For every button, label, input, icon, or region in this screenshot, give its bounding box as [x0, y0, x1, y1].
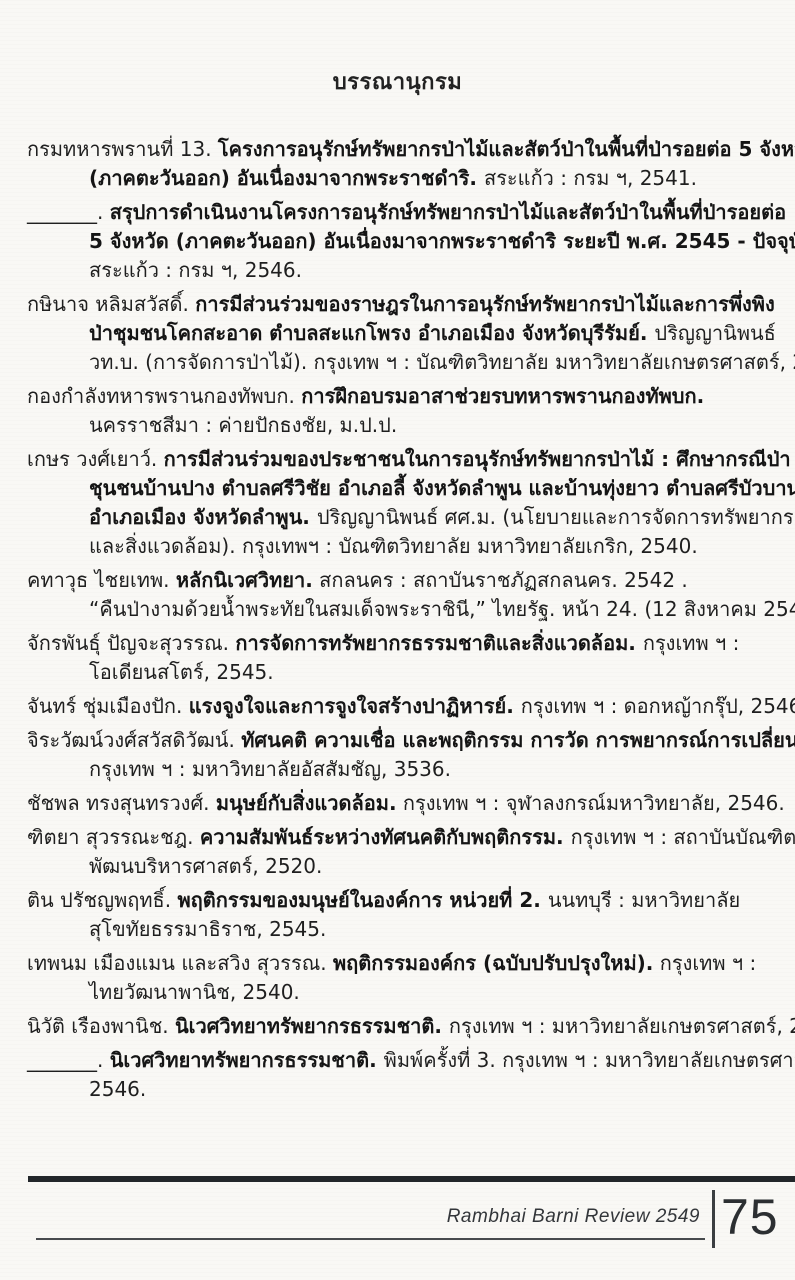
- reference-text: วท.บ. (การจัดการป่าไม้). กรุงเทพ ฯ : บัณ…: [89, 350, 795, 374]
- footer-thick-rule: [28, 1176, 795, 1182]
- bibliography-line: สุโขทัยธรรมาธิราช, 2545.: [27, 915, 767, 944]
- reference-title-text: ชุนชนบ้านปาง ตำบลศรีวิชัย อำเภอลี้ จังหว…: [89, 476, 795, 500]
- bibliography-entry: ติน ปรัชญพฤทธิ์. พฤติกรรมของมนุษย์ในองค์…: [27, 886, 767, 944]
- reference-text: สุโขทัยธรรมาธิราช, 2545.: [89, 917, 326, 941]
- reference-text: _______.: [27, 200, 110, 224]
- bibliography-line: กรุงเทพ ฯ : มหาวิทยาลัยอัสสัมชัญ, 3536.: [27, 755, 767, 784]
- reference-text: ปริญญานิพนธ์ ศศ.ม. (นโยบายและการจัดการทร…: [317, 505, 794, 529]
- reference-text: นครราชสีมา : ค่ายปักธงชัย, ม.ป.ป.: [89, 413, 397, 437]
- reference-title-text: การจัดการทรัพยากรธรรมชาติและสิ่งแวดล้อม.: [235, 631, 642, 655]
- footer-thin-rule: [36, 1238, 705, 1240]
- page-title: บรรณานุกรม: [0, 0, 795, 99]
- page-number: 75: [721, 1188, 779, 1246]
- bibliography-line: (ภาคตะวันออก) อันเนื่องมาจากพระราชดำริ. …: [27, 164, 767, 193]
- bibliography-entry: เทพนม เมืองแมน และสวิง สุวรรณ. พฤติกรรมอ…: [27, 949, 767, 1007]
- reference-text: ชัชพล ทรงสุนทรวงศ์.: [27, 791, 216, 815]
- reference-text: พิมพ์ครั้งที่ 3. กรุงเทพ ฯ : มหาวิทยาลัย…: [384, 1048, 795, 1072]
- reference-title-text: ความสัมพันธ์ระหว่างทัศนคติกับพฤติกรรม.: [200, 825, 571, 849]
- reference-text: กรมทหารพรานที่ 13.: [27, 137, 218, 161]
- reference-text: นนทบุรี : มหาวิทยาลัย: [548, 888, 740, 912]
- bibliography-line: 2546.: [27, 1075, 767, 1104]
- bibliography-line: _______. นิเวศวิทยาทรัพยากรธรรมชาติ. พิม…: [27, 1046, 767, 1075]
- bibliography-line: นิวัติ เรืองพานิช. นิเวศวิทยาทรัพยากรธรร…: [27, 1012, 767, 1041]
- reference-text: กองกำลังทหารพรานกองทัพบก.: [27, 384, 301, 408]
- scanned-document-page: บรรณานุกรม กรมทหารพรานที่ 13. โครงการอนุ…: [0, 0, 795, 1280]
- bibliography-line: กรมทหารพรานที่ 13. โครงการอนุรักษ์ทรัพยา…: [27, 135, 767, 164]
- reference-text: เทพนม เมืองแมน และสวิง สุวรรณ.: [27, 951, 333, 975]
- reference-text: สกลนคร : สถาบันราชภัฏสกลนคร. 2542 .: [313, 568, 688, 592]
- bibliography-line: โอเดียนสโตร์, 2545.: [27, 658, 767, 687]
- reference-title-text: แรงจูงใจและการจูงใจสร้างปาฏิหารย์.: [189, 694, 521, 718]
- bibliography-entry: เกษร วงศ์เยาว์. การมีส่วนร่วมของประชาชนใ…: [27, 445, 767, 561]
- bibliography-line: พัฒนบริหารศาสตร์, 2520.: [27, 852, 767, 881]
- reference-text: เกษร วงศ์เยาว์.: [27, 447, 164, 471]
- reference-text: กรุงเทพ ฯ :: [643, 631, 740, 655]
- bibliography-entry: นิวัติ เรืองพานิช. นิเวศวิทยาทรัพยากรธรร…: [27, 1012, 767, 1041]
- reference-title-text: พฤติกรรมองค์กร (ฉบับปรับปรุงใหม่).: [333, 951, 653, 975]
- reference-text: ปริญญานิพนธ์: [654, 321, 775, 345]
- reference-title-text: โครงการอนุรักษ์ทรัพยากรป่าไม้และสัตว์ป่า…: [218, 137, 795, 161]
- bibliography-line: กษินาจ หลิมสวัสดิ์. การมีส่วนร่วมของราษฎ…: [27, 290, 767, 319]
- reference-text: กรุงเทพ ฯ : มหาวิทยาลัยเกษตรศาสตร์, 2534…: [449, 1014, 795, 1038]
- reference-text: สระแก้ว : กรม ฯ, 2541.: [484, 166, 697, 190]
- footer-vertical-divider: [712, 1190, 715, 1248]
- bibliography-line: อำเภอเมือง จังหวัดลำพูน. ปริญญานิพนธ์ ศศ…: [27, 503, 767, 532]
- bibliography-entry: ชัชพล ทรงสุนทรวงศ์. มนุษย์กับสิ่งแวดล้อม…: [27, 789, 767, 818]
- bibliography-entry: ฑิตยา สุวรรณะชฎ. ความสัมพันธ์ระหว่างทัศน…: [27, 823, 767, 881]
- bibliography-line: วท.บ. (การจัดการป่าไม้). กรุงเทพ ฯ : บัณ…: [27, 348, 767, 377]
- bibliography-line: _______. สรุปการดำเนินงานโครงการอนุรักษ์…: [27, 198, 767, 227]
- reference-title-text: อำเภอเมือง จังหวัดลำพูน.: [89, 505, 317, 529]
- reference-text: คทาวุธ ไชยเทพ.: [27, 568, 176, 592]
- reference-title-text: การฝึกอบรมอาสาช่วยรบทหารพรานกองทัพบก.: [301, 384, 704, 408]
- bibliography-entry: จักรพันธุ์ ปัญจะสุวรรณ. การจัดการทรัพยาก…: [27, 629, 767, 687]
- bibliography-line: จิระวัฒน์วงศ์สวัสดิวัฒน์. ทัศนคติ ความเช…: [27, 726, 767, 755]
- reference-text: จิระวัฒน์วงศ์สวัสดิวัฒน์.: [27, 728, 241, 752]
- reference-text: กรุงเทพ ฯ : มหาวิทยาลัยอัสสัมชัญ, 3536.: [89, 757, 451, 781]
- bibliography-line: เทพนม เมืองแมน และสวิง สุวรรณ. พฤติกรรมอ…: [27, 949, 767, 978]
- reference-text: โอเดียนสโตร์, 2545.: [89, 660, 274, 684]
- reference-text: กรุงเทพ ฯ :: [653, 951, 756, 975]
- reference-text: จันทร์ ชุ่มเมืองปัก.: [27, 694, 189, 718]
- reference-text: จักรพันธุ์ ปัญจะสุวรรณ.: [27, 631, 235, 655]
- journal-title: Rambhai Barni Review 2549: [447, 1206, 700, 1228]
- reference-text: กษินาจ หลิมสวัสดิ์.: [27, 292, 195, 316]
- bibliography-list: กรมทหารพรานที่ 13. โครงการอนุรักษ์ทรัพยา…: [27, 135, 767, 1104]
- bibliography-line: เกษร วงศ์เยาว์. การมีส่วนร่วมของประชาชนใ…: [27, 445, 767, 474]
- bibliography-line: ชัชพล ทรงสุนทรวงศ์. มนุษย์กับสิ่งแวดล้อม…: [27, 789, 767, 818]
- reference-text: นิวัติ เรืองพานิช.: [27, 1014, 175, 1038]
- reference-title-text: สรุปการดำเนินงานโครงการอนุรักษ์ทรัพยากรป…: [110, 200, 786, 224]
- reference-text: ติน ปรัชญพฤทธิ์.: [27, 888, 177, 912]
- bibliography-line: นครราชสีมา : ค่ายปักธงชัย, ม.ป.ป.: [27, 411, 767, 440]
- bibliography-entry: จันทร์ ชุ่มเมืองปัก. แรงจูงใจและการจูงใจ…: [27, 692, 767, 721]
- reference-text: ไทยวัฒนาพานิช, 2540.: [89, 980, 300, 1004]
- bibliography-line: ฑิตยา สุวรรณะชฎ. ความสัมพันธ์ระหว่างทัศน…: [27, 823, 767, 852]
- bibliography-line: จักรพันธุ์ ปัญจะสุวรรณ. การจัดการทรัพยาก…: [27, 629, 767, 658]
- bibliography-line: ติน ปรัชญพฤทธิ์. พฤติกรรมของมนุษย์ในองค์…: [27, 886, 767, 915]
- reference-title-text: หลักนิเวศวิทยา.: [176, 568, 313, 592]
- reference-text: กรุงเทพ ฯ : สถาบันบัณฑิต: [571, 825, 795, 849]
- bibliography-line: ชุนชนบ้านปาง ตำบลศรีวิชัย อำเภอลี้ จังหว…: [27, 474, 767, 503]
- reference-title-text: พฤติกรรมของมนุษย์ในองค์การ หน่วยที่ 2.: [177, 888, 547, 912]
- reference-text: พัฒนบริหารศาสตร์, 2520.: [89, 854, 322, 878]
- bibliography-line: จันทร์ ชุ่มเมืองปัก. แรงจูงใจและการจูงใจ…: [27, 692, 767, 721]
- reference-title-text: 5 จังหวัด (ภาคตะวันออก) อันเนื่องมาจากพร…: [89, 229, 795, 253]
- reference-text: สระแก้ว : กรม ฯ, 2546.: [89, 258, 302, 282]
- reference-text: และสิ่งแวดล้อม). กรุงเทพฯ : บัณฑิตวิทยาล…: [89, 534, 698, 558]
- bibliography-line: “คืนป่างามด้วยน้ำพระทัยในสมเด็จพระราชินี…: [27, 595, 767, 624]
- bibliography-entry: กษินาจ หลิมสวัสดิ์. การมีส่วนร่วมของราษฎ…: [27, 290, 767, 377]
- reference-title-text: ป่าชุมชนโคกสะอาด ตำบลสะแกโพรง อำเภอเมือง…: [89, 321, 654, 345]
- reference-text: 2546.: [89, 1077, 146, 1101]
- bibliography-line: คทาวุธ ไชยเทพ. หลักนิเวศวิทยา. สกลนคร : …: [27, 566, 767, 595]
- bibliography-entry: _______. นิเวศวิทยาทรัพยากรธรรมชาติ. พิม…: [27, 1046, 767, 1104]
- bibliography-line: กองกำลังทหารพรานกองทัพบก. การฝึกอบรมอาสา…: [27, 382, 767, 411]
- bibliography-entry: _______. สรุปการดำเนินงานโครงการอนุรักษ์…: [27, 198, 767, 285]
- reference-text: กรุงเทพ ฯ : จุฬาลงกรณ์มหาวิทยาลัย, 2546.: [397, 791, 785, 815]
- bibliography-entry: คทาวุธ ไชยเทพ. หลักนิเวศวิทยา. สกลนคร : …: [27, 566, 767, 624]
- reference-text: ฑิตยา สุวรรณะชฎ.: [27, 825, 200, 849]
- reference-title-text: มนุษย์กับสิ่งแวดล้อม.: [216, 791, 397, 815]
- reference-title-text: การมีส่วนร่วมของราษฎรในการอนุรักษ์ทรัพยา…: [195, 292, 775, 316]
- reference-text: “คืนป่างามด้วยน้ำพระทัยในสมเด็จพระราชินี…: [89, 597, 795, 621]
- reference-title-text: นิเวศวิทยาทรัพยากรธรรมชาติ.: [110, 1048, 384, 1072]
- bibliography-entry: กรมทหารพรานที่ 13. โครงการอนุรักษ์ทรัพยา…: [27, 135, 767, 193]
- reference-title-text: (ภาคตะวันออก) อันเนื่องมาจากพระราชดำริ.: [89, 166, 484, 190]
- bibliography-line: ไทยวัฒนาพานิช, 2540.: [27, 978, 767, 1007]
- reference-text: _______.: [27, 1048, 110, 1072]
- bibliography-line: สระแก้ว : กรม ฯ, 2546.: [27, 256, 767, 285]
- bibliography-entry: กองกำลังทหารพรานกองทัพบก. การฝึกอบรมอาสา…: [27, 382, 767, 440]
- reference-title-text: นิเวศวิทยาทรัพยากรธรรมชาติ.: [175, 1014, 449, 1038]
- bibliography-line: 5 จังหวัด (ภาคตะวันออก) อันเนื่องมาจากพร…: [27, 227, 767, 256]
- bibliography-line: ป่าชุมชนโคกสะอาด ตำบลสะแกโพรง อำเภอเมือง…: [27, 319, 767, 348]
- reference-title-text: การมีส่วนร่วมของประชาชนในการอนุรักษ์ทรัพ…: [164, 447, 791, 471]
- bibliography-line: และสิ่งแวดล้อม). กรุงเทพฯ : บัณฑิตวิทยาล…: [27, 532, 767, 561]
- bibliography-entry: จิระวัฒน์วงศ์สวัสดิวัฒน์. ทัศนคติ ความเช…: [27, 726, 767, 784]
- reference-title-text: ทัศนคติ ความเชื่อ และพฤติกรรม การวัด การ…: [241, 728, 795, 752]
- reference-text: กรุงเทพ ฯ : ดอกหญ้ากรุ๊ป, 2546.: [521, 694, 795, 718]
